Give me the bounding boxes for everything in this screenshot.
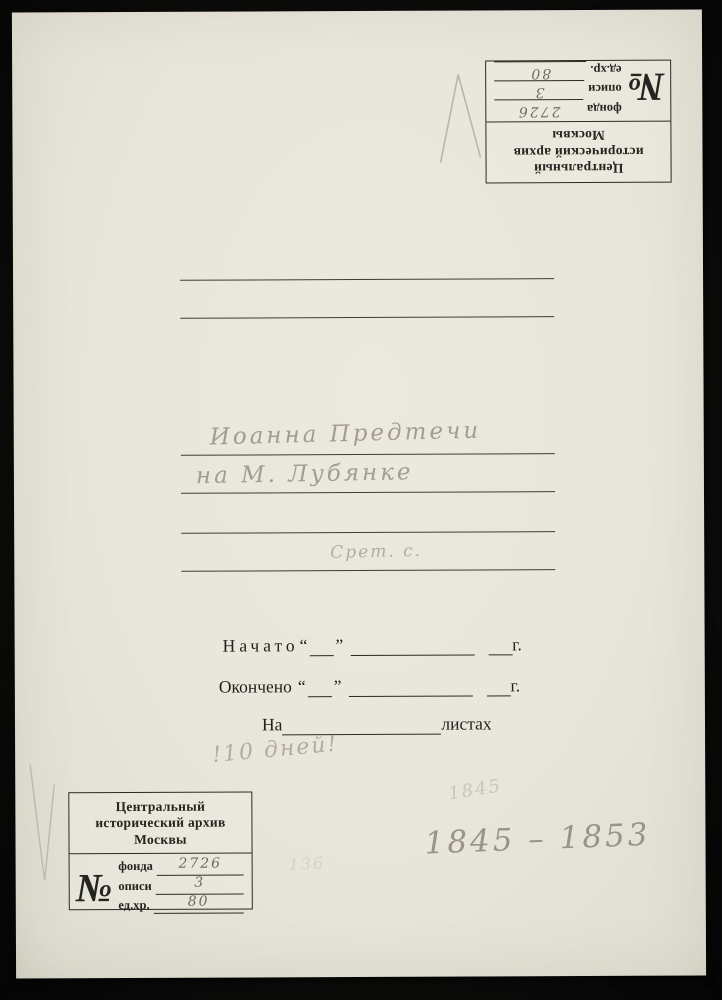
opis-field: описи 3 (494, 80, 621, 99)
edhr-value-handwritten: 80 (154, 892, 244, 913)
year-suffix: г. (510, 675, 520, 696)
handwritten-days-note: !10 дней! (211, 732, 339, 768)
finished-row: Окончено“”г. (219, 675, 520, 697)
opis-value-handwritten: 3 (156, 873, 244, 894)
started-label: Начато (223, 635, 299, 656)
fond-label: фонда (587, 99, 622, 117)
opis-value-handwritten: 3 (494, 81, 584, 102)
numero-sign: № (628, 67, 665, 107)
edhr-line: 80 (494, 61, 586, 78)
ruled-line-1 (180, 278, 554, 281)
handwritten-church-name: Иоанна Предтечи (209, 418, 481, 451)
on-label: На (262, 714, 282, 735)
finished-year-blank (486, 678, 510, 697)
open-quote: “ (300, 635, 308, 656)
handwritten-year-range: 1845 – 1853 (424, 817, 651, 862)
edhr-field: ед.хр. 80 (118, 895, 243, 914)
edhr-value-handwritten: 80 (494, 62, 586, 83)
fond-value-handwritten: 2726 (157, 854, 244, 875)
ruled-line-3 (181, 453, 555, 456)
archive-name-line: исторический архив (73, 815, 247, 832)
started-day-blank (309, 638, 333, 657)
archive-name-line: Москвы (490, 126, 666, 143)
opis-label: описи (588, 80, 621, 98)
pencil-check-mark (30, 764, 55, 880)
archive-name-line: Центральный (491, 159, 667, 176)
open-quote: “ (298, 676, 306, 697)
sheets-label: листах (441, 713, 491, 734)
stamp-number-section: № фонда 2726 описи 3 ед.хр. 80 (486, 57, 670, 121)
started-row: Начато“”г. (223, 634, 522, 656)
finished-day-blank (308, 679, 332, 698)
year-suffix: г. (512, 634, 522, 655)
handwritten-faint-number: 136 (288, 853, 326, 874)
finished-month-blank (348, 678, 472, 697)
edhr-line: 80 (154, 896, 244, 913)
fond-value-handwritten: 2726 (494, 100, 583, 121)
edhr-field: ед.хр. 80 (494, 61, 621, 80)
fond-label: фонда (118, 857, 153, 875)
handwritten-street: на М. Лубянке (196, 459, 414, 489)
archive-stamp-top: Центральный исторический архив Москвы № … (485, 60, 672, 184)
archive-name-line: Москвы (73, 831, 247, 848)
opis-label: описи (118, 876, 151, 894)
sheets-count-blank (282, 716, 441, 735)
stamp-fields: фонда 2726 описи 3 ед.хр. 80 (118, 857, 244, 914)
edhr-label: ед.хр. (590, 61, 621, 79)
close-quote: ” (335, 635, 343, 656)
pencil-caret-mark (440, 74, 480, 162)
finished-label: Окончено (219, 676, 292, 697)
archive-name: Центральный исторический архив Москвы (486, 120, 670, 182)
started-month-blank (350, 637, 474, 656)
ruled-line-2 (180, 316, 554, 319)
ruled-line-6 (181, 569, 555, 572)
archive-file-cover: Центральный исторический архив Москвы № … (12, 9, 706, 978)
archive-name: Центральный исторический архив Москвы (69, 792, 251, 854)
started-year-blank (488, 637, 512, 656)
handwritten-year-faint: 1845 (447, 775, 503, 804)
numero-sign: № (76, 868, 113, 908)
photo-background: Центральный исторический архив Москвы № … (0, 0, 722, 1000)
fond-line: 2726 (494, 99, 583, 116)
opis-line: 3 (494, 80, 584, 97)
ruled-line-4 (181, 491, 555, 494)
stamp-fields: фонда 2726 описи 3 ед.хр. 80 (494, 61, 622, 118)
archive-name-line: исторический архив (490, 143, 666, 160)
handwritten-sorok-note: Срет. с. (330, 541, 422, 563)
close-quote: ” (334, 676, 342, 697)
sheets-row: Налистах (262, 713, 492, 735)
archive-name-line: Центральный (73, 798, 247, 815)
stamp-number-section: № фонда 2726 описи 3 ед.хр. 80 (70, 854, 252, 918)
fond-field: фонда 2726 (494, 99, 621, 118)
archive-stamp-bottom: Центральный исторический архив Москвы № … (68, 791, 253, 910)
edhr-label: ед.хр. (118, 896, 149, 914)
ruled-line-5 (181, 531, 555, 534)
